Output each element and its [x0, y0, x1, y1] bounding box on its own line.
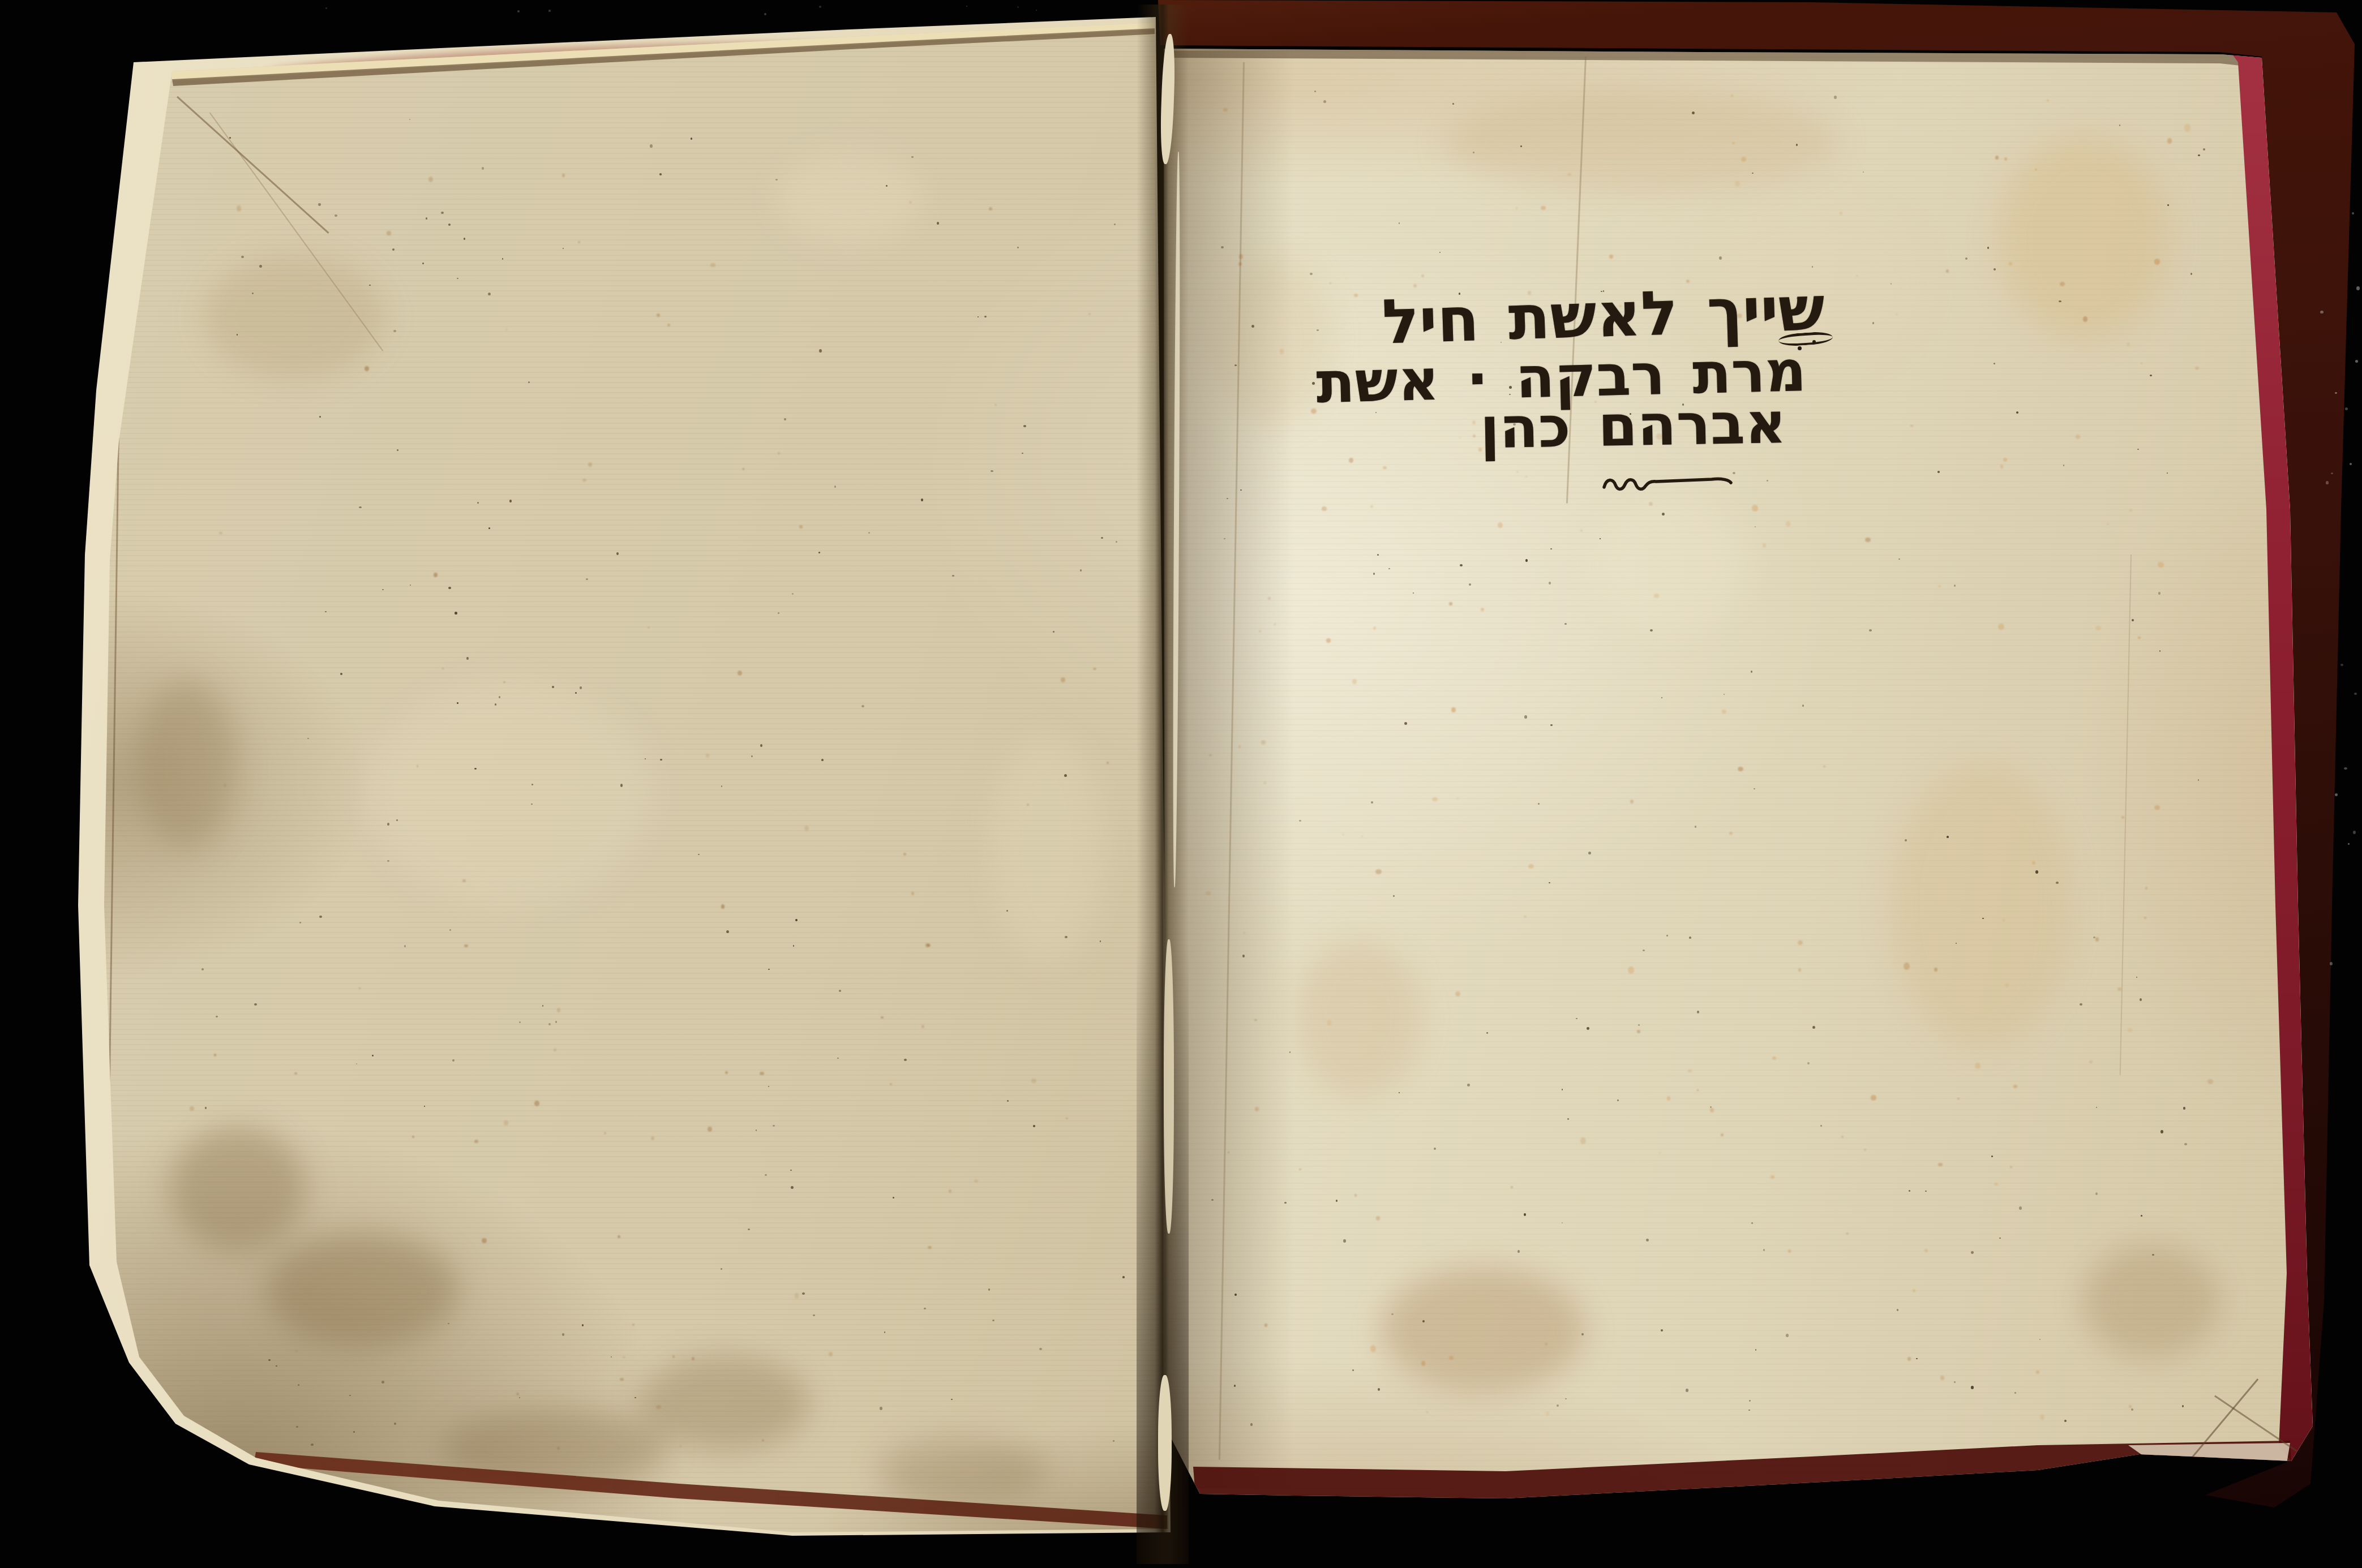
paper-stain [1591, 498, 1749, 634]
paper-speck [1763, 543, 1766, 548]
paper-speck [1751, 671, 1752, 673]
paper-speck [1841, 1136, 1844, 1138]
paper-speck [557, 1008, 560, 1012]
paper-speck [359, 987, 361, 989]
paper-speck [1516, 471, 1519, 473]
paper-speck [890, 1083, 892, 1085]
paper-speck [657, 313, 660, 317]
paper-speck [1752, 505, 1758, 512]
paper-speck [784, 418, 786, 420]
paper-speck [1630, 800, 1634, 804]
paper-speck [409, 119, 410, 120]
paper-speck [1947, 836, 1949, 838]
paper-speck [1354, 294, 1358, 297]
paper-speck [868, 532, 870, 534]
paper-speck [1432, 797, 1438, 801]
paper-speck [738, 671, 742, 676]
paper-speck [839, 990, 841, 992]
paper-speck [1373, 573, 1375, 575]
paper-speck [1567, 173, 1571, 176]
paper-speck [1771, 1175, 1774, 1179]
paper-speck [837, 1058, 839, 1059]
paper-speck [821, 759, 824, 761]
paper-speck [1524, 1213, 1526, 1216]
paper-speck [1580, 1137, 1586, 1144]
paper-speck [648, 626, 650, 629]
paper-speck [387, 231, 391, 235]
paper-speck [2129, 509, 2132, 512]
paper-speck [1565, 1398, 1567, 1399]
paper-speck [1904, 963, 1910, 970]
paper-speck [1748, 1410, 1750, 1411]
paper-speck [365, 366, 369, 371]
paper-stain [991, 736, 1104, 962]
paper-speck [2035, 169, 2037, 170]
paper-speck [318, 203, 321, 206]
paper-speck [1557, 1404, 1559, 1407]
paper-speck [1729, 832, 1733, 835]
paper-speck [1987, 247, 1989, 249]
paper-speck [578, 241, 580, 243]
paper-speck [353, 1431, 355, 1433]
paper-speck [1754, 788, 1755, 789]
paper-speck [1469, 583, 1471, 586]
paper-speck [2000, 465, 2003, 469]
paper-speck [799, 525, 803, 529]
paper-speck [792, 593, 794, 595]
paper-speck [1721, 1133, 1724, 1136]
paper-speck [2355, 360, 2358, 363]
paper-speck [1697, 1089, 1699, 1091]
paper-speck [1549, 882, 1550, 883]
paper-speck [1456, 797, 1459, 800]
paper-speck [2019, 1206, 2022, 1210]
paper-speck [1856, 275, 1858, 277]
paper-speck [441, 212, 444, 214]
paper-speck [748, 1228, 750, 1230]
paper-speck [884, 1331, 885, 1333]
paper-speck [1017, 6, 1019, 8]
paper-speck [804, 826, 809, 831]
paper-speck [1312, 382, 1315, 385]
paper-speck [1924, 1249, 1928, 1252]
paper-speck [1317, 329, 1319, 331]
paper-speck [623, 1356, 625, 1358]
paper-speck [2137, 449, 2139, 450]
paper-speck [2182, 1405, 2184, 1407]
paper-speck [555, 1021, 557, 1023]
paper-speck [928, 1246, 932, 1249]
paper-speck [710, 263, 715, 267]
paper-speck [442, 668, 444, 669]
paper-speck [721, 1268, 722, 1270]
paper-speck [1322, 506, 1327, 511]
paper-speck [1373, 626, 1376, 630]
paper-speck [2184, 1143, 2187, 1145]
paper-speck [966, 6, 967, 7]
paper-speck [462, 879, 466, 882]
paper-speck [620, 784, 623, 787]
inscription-line-3: אברהם כהן [1480, 395, 1786, 457]
paper-speck [2183, 1107, 2185, 1110]
paper-speck [466, 657, 469, 660]
paper-speck [505, 329, 507, 330]
paper-speck [1925, 1191, 1927, 1192]
paper-speck [762, 1440, 764, 1441]
paper-speck [1954, 585, 1956, 587]
paper-speck [1546, 1411, 1549, 1416]
paper-speck [1587, 1027, 1589, 1030]
paper-speck [2144, 917, 2146, 919]
paper-speck [1834, 96, 1837, 99]
paper-speck [616, 552, 619, 555]
paper-speck [1473, 152, 1474, 153]
paper-speck [1909, 1190, 1910, 1192]
paper-speck [1422, 1320, 1425, 1322]
paper-speck [1643, 950, 1645, 951]
paper-speck [562, 174, 565, 177]
paper-speck [1628, 966, 1634, 974]
paper-speck [241, 256, 244, 258]
paper-speck [519, 1021, 521, 1023]
paper-stain [2083, 1245, 2219, 1358]
paper-speck [1486, 1032, 1488, 1034]
paper-speck [2117, 987, 2121, 991]
paper-speck [1724, 694, 1725, 695]
paper-speck [392, 248, 395, 251]
paper-speck [2353, 831, 2356, 834]
paper-speck [531, 784, 533, 785]
paper-speck [2198, 154, 2200, 156]
paper-speck [1114, 224, 1116, 225]
paper-speck [1617, 1099, 1619, 1101]
paper-speck [1023, 425, 1026, 427]
paper-speck [1576, 1018, 1577, 1019]
paper-speck [1991, 1155, 1993, 1157]
paper-speck [1449, 1356, 1454, 1360]
paper-speck [1689, 936, 1691, 939]
paper-speck [2335, 793, 2338, 796]
paper-speck [542, 1005, 543, 1007]
paper-speck [1755, 526, 1756, 527]
paper-speck [952, 575, 954, 577]
paper-speck [1434, 1148, 1436, 1150]
paper-speck [237, 205, 241, 212]
paper-speck [2348, 843, 2350, 845]
paper-speck [2056, 882, 2059, 884]
paper-speck [1455, 991, 1460, 996]
paper-speck [503, 681, 505, 683]
paper-speck [2121, 816, 2124, 819]
paper-speck [2140, 998, 2142, 1001]
paper-speck [1375, 869, 1382, 874]
paper-speck [488, 527, 490, 529]
paper-speck [1738, 767, 1743, 771]
paper-speck [1938, 1163, 1943, 1166]
paper-speck [2093, 936, 2095, 938]
paper-speck [1107, 762, 1109, 764]
paper-speck [2167, 204, 2169, 206]
paper-speck [554, 1049, 556, 1051]
paper-speck [1330, 282, 1331, 284]
paper-speck [580, 686, 582, 689]
paper-speck [698, 854, 700, 855]
paper-stain [1998, 136, 2168, 340]
paper-speck [2016, 411, 2018, 414]
paper-speck [672, 1355, 675, 1358]
paper-speck [994, 404, 997, 406]
paper-speck [1349, 458, 1353, 463]
paper-speck [1965, 257, 1967, 260]
paper-speck [721, 904, 725, 909]
paper-speck [396, 819, 398, 821]
paper-speck [1376, 1216, 1380, 1221]
paper-speck [214, 1054, 216, 1056]
paper-speck [1937, 471, 1940, 473]
paper-stain [775, 153, 923, 243]
paper-speck [2064, 1420, 2067, 1422]
paper-speck [2089, 1060, 2093, 1063]
paper-speck [1525, 559, 1528, 562]
paper-speck [1311, 409, 1317, 414]
paper-speck [2198, 779, 2199, 781]
paper-speck [319, 916, 322, 918]
paper-speck [2076, 435, 2080, 439]
paper-speck [474, 1140, 478, 1143]
paper-speck [1564, 623, 1567, 625]
paper-speck [424, 1106, 425, 1107]
torn-paper-edge [1158, 1375, 1172, 1511]
paper-speck [1786, 1334, 1789, 1337]
paper-speck [829, 1352, 833, 1356]
paper-speck [791, 1186, 794, 1189]
paper-speck [397, 449, 398, 451]
paper-stain [877, 1437, 1047, 1505]
paper-speck [1371, 801, 1373, 804]
paper-speck [1722, 710, 1726, 714]
paper-stain [1443, 91, 1840, 192]
paper-speck [495, 703, 496, 706]
paper-speck [410, 585, 411, 586]
paper-speck [1846, 1232, 1849, 1235]
paper-speck [1752, 173, 1754, 174]
paper-speck [1525, 476, 1527, 478]
paper-speck [1361, 835, 1363, 837]
paper-speck [1323, 100, 1326, 103]
paper-speck [296, 1426, 298, 1428]
paper-speck [790, 1170, 792, 1171]
paper-speck [205, 1107, 207, 1109]
paper-stain [368, 679, 651, 905]
paper-speck [2039, 1339, 2041, 1340]
paper-speck [911, 892, 914, 895]
paper-speck [2032, 861, 2035, 865]
paper-speck [1697, 1011, 1699, 1013]
paper-speck [2207, 1079, 2213, 1084]
paper-speck [1667, 1096, 1670, 1101]
paper-speck [1426, 1411, 1428, 1413]
paper-speck [202, 968, 204, 970]
paper-speck [1580, 530, 1583, 531]
paper-speck [2003, 458, 2007, 462]
paper-speck [1637, 1030, 1640, 1033]
paper-speck [620, 1378, 624, 1381]
paper-speck [1538, 803, 1540, 805]
paper-speck [2127, 342, 2130, 346]
paper-speck [254, 1003, 257, 1006]
paper-speck [1036, 10, 1037, 11]
paper-speck [1934, 968, 1937, 972]
paper-speck [691, 138, 692, 140]
paper-speck [1310, 273, 1313, 275]
paper-speck [457, 702, 458, 704]
paper-speck [1031, 1079, 1036, 1083]
paper-speck [1352, 679, 1357, 684]
paper-speck [311, 1444, 314, 1446]
paper-speck [452, 1059, 455, 1062]
paper-speck [1661, 697, 1662, 698]
paper-speck [1066, 1118, 1068, 1119]
paper-speck [635, 1397, 636, 1398]
paper-speck [552, 686, 554, 688]
ink-dot [1798, 346, 1802, 350]
paper-speck [751, 755, 753, 757]
paper-speck [582, 479, 586, 482]
paper-speck [434, 573, 438, 577]
paper-speck [1994, 363, 1995, 364]
paper-speck [1600, 538, 1601, 539]
paper-speck [725, 1071, 728, 1074]
paper-speck [2340, 664, 2343, 666]
paper-speck [1872, 322, 1874, 324]
paper-speck [667, 324, 670, 327]
paper-speck [1666, 935, 1668, 936]
paper-speck [659, 173, 662, 175]
paper-speck [1511, 1186, 1513, 1188]
paper-speck [516, 1393, 519, 1395]
paper-speck [991, 470, 993, 472]
paper-speck [1064, 774, 1067, 777]
paper-speck [448, 587, 451, 589]
paper-speck [455, 612, 457, 615]
paper-speck [756, 1129, 757, 1131]
paper-speck [2010, 1166, 2012, 1168]
paper-speck [1391, 1313, 1394, 1315]
paper-speck [1399, 1092, 1400, 1093]
paper-speck [1898, 559, 1900, 560]
paper-speck [1982, 918, 1984, 919]
paper-speck [1731, 94, 1733, 97]
paper-speck [1659, 1152, 1661, 1154]
paper-speck [1751, 1222, 1753, 1224]
paper-speck [1370, 1345, 1376, 1352]
paper-speck [2158, 592, 2160, 595]
paper-speck [988, 1288, 990, 1291]
paper-speck [1588, 852, 1591, 854]
paper-speck [586, 578, 588, 580]
paper-speck [2060, 282, 2065, 286]
paper-speck [1796, 144, 1798, 146]
paper-speck [1053, 631, 1054, 633]
paper-speck [656, 1405, 661, 1409]
paper-speck [1994, 1183, 1998, 1185]
paper-speck [1788, 1249, 1791, 1253]
paper-speck [1562, 1089, 1563, 1090]
torn-paper-edge [1172, 152, 1181, 887]
paper-speck [562, 1333, 564, 1336]
paper-speck [2167, 138, 2172, 144]
paper-speck [984, 316, 987, 317]
paper-speck [224, 784, 226, 787]
paper-speck [1039, 1348, 1042, 1350]
paper-speck [1638, 1024, 1640, 1026]
paper-speck [1550, 724, 1553, 726]
paper-speck [2345, 407, 2348, 410]
paper-speck [1459, 437, 1461, 439]
paper-speck [422, 263, 424, 264]
paper-stain [1296, 939, 1421, 1098]
paper-speck [911, 156, 914, 158]
paper-speck [819, 6, 821, 8]
paper-speck [760, 744, 762, 747]
paper-speck [1549, 582, 1551, 585]
paper-speck [1449, 602, 1452, 605]
paper-speck [1995, 156, 1999, 160]
paper-speck [1916, 1358, 1918, 1359]
paper-speck [773, 1125, 775, 1127]
paper-speck [2107, 523, 2109, 525]
paper-speck [1798, 940, 1803, 945]
paper-speck [325, 611, 327, 612]
paper-speck [1661, 1329, 1663, 1331]
paper-speck [2136, 977, 2137, 978]
paper-speck [795, 1293, 799, 1299]
paper-speck [1820, 1125, 1822, 1127]
paper-speck [2063, 465, 2064, 466]
paper-speck [2344, 767, 2347, 770]
paper-speck [886, 185, 888, 187]
paper-speck [295, 1350, 298, 1352]
paper-speck [1061, 677, 1065, 682]
paper-speck [909, 201, 912, 204]
paper-speck [1971, 1251, 1974, 1254]
paper-speck [325, 7, 327, 9]
paper-speck [1017, 247, 1019, 248]
paper-speck [1006, 910, 1008, 912]
paper-speck [1299, 820, 1301, 822]
paper-speck [1695, 826, 1696, 828]
paper-speck [1116, 541, 1117, 543]
paper-speck [1646, 1239, 1649, 1241]
paper-speck [1772, 1056, 1776, 1060]
paper-speck [2080, 1003, 2082, 1006]
paper-speck [307, 738, 309, 739]
paper-speck [604, 1132, 606, 1135]
paper-speck [464, 944, 468, 947]
paper-speck [1688, 1069, 1692, 1072]
paper-speck [921, 499, 923, 501]
paper-speck [924, 1308, 926, 1309]
paper-speck [1946, 269, 1949, 273]
paper-speck [457, 278, 458, 279]
paper-speck [1812, 266, 1813, 268]
flourish-underline-icon [1600, 472, 1735, 496]
paper-speck [743, 468, 744, 470]
paper-speck [1473, 435, 1476, 437]
paper-speck [1869, 629, 1872, 632]
paper-speck [1907, 1357, 1911, 1361]
paper-speck [213, 1448, 218, 1452]
